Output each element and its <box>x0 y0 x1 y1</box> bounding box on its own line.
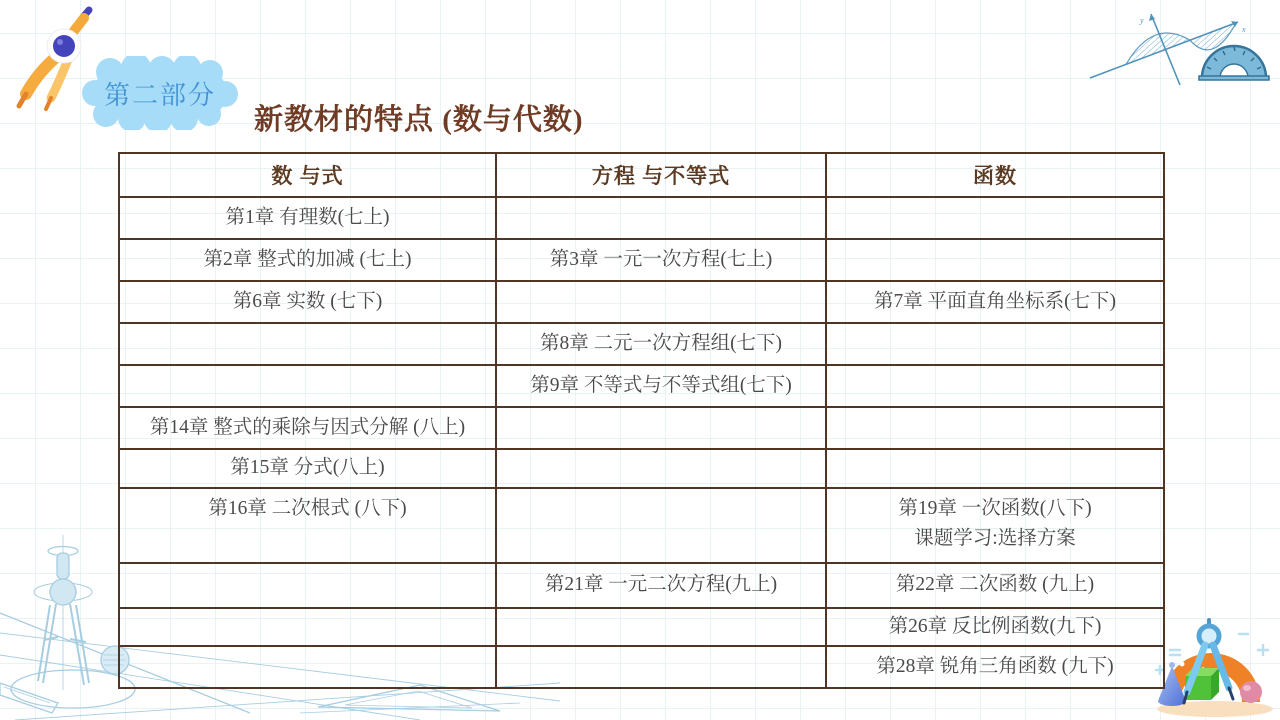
table-row: 第1章 有理数(七上) <box>119 197 1164 239</box>
section-badge-label: 第二部分 <box>82 56 238 130</box>
table-cell <box>826 197 1164 239</box>
table-cell <box>119 563 496 608</box>
geometry-tools-icon <box>1155 610 1280 720</box>
table-cell: 第3章 一元一次方程(七上) <box>496 239 826 281</box>
column-header-numbers-expressions: 数 与式 <box>119 153 496 197</box>
table-row: 第9章 不等式与不等式组(七下) <box>119 365 1164 407</box>
table-cell: 第28章 锐角三角函数 (九下) <box>826 646 1164 688</box>
table-cell: 第9章 不等式与不等式组(七下) <box>496 365 826 407</box>
table-cell <box>496 449 826 488</box>
svg-text:x: x <box>1241 25 1246 34</box>
table-body: 第1章 有理数(七上)第2章 整式的加减 (七上)第3章 一元一次方程(七上)第… <box>119 197 1164 688</box>
table-cell <box>119 323 496 365</box>
table-row: 第26章 反比例函数(九下) <box>119 608 1164 646</box>
table-cell <box>496 488 826 563</box>
table-cell <box>496 281 826 323</box>
table-cell <box>826 449 1164 488</box>
table-cell <box>826 365 1164 407</box>
table-cell <box>826 323 1164 365</box>
table-cell: 第21章 一元二次方程(九上) <box>496 563 826 608</box>
table-cell: 第19章 一次函数(八下) 课题学习:选择方案 <box>826 488 1164 563</box>
table-cell: 第2章 整式的加减 (七上) <box>119 239 496 281</box>
table-cell: 第6章 实数 (七下) <box>119 281 496 323</box>
table-cell <box>119 646 496 688</box>
table-cell: 第14章 整式的乘除与因式分解 (八上) <box>119 407 496 449</box>
table-cell: 第8章 二元一次方程组(七下) <box>496 323 826 365</box>
table-row: 第16章 二次根式 (八下)第19章 一次函数(八下) 课题学习:选择方案 <box>119 488 1164 563</box>
table-cell <box>496 407 826 449</box>
table-row: 第15章 分式(八上) <box>119 449 1164 488</box>
table-row: 第14章 整式的乘除与因式分解 (八上) <box>119 407 1164 449</box>
table-cell <box>496 646 826 688</box>
table-cell <box>826 407 1164 449</box>
table-row: 第28章 锐角三角函数 (九下) <box>119 646 1164 688</box>
table-row: 第6章 实数 (七下)第7章 平面直角坐标系(七下) <box>119 281 1164 323</box>
table-row: 第8章 二元一次方程组(七下) <box>119 323 1164 365</box>
table-cell: 第16章 二次根式 (八下) <box>119 488 496 563</box>
table-cell: 第1章 有理数(七上) <box>119 197 496 239</box>
table-row: 第2章 整式的加减 (七上)第3章 一元一次方程(七上) <box>119 239 1164 281</box>
table-header-row: 数 与式 方程 与不等式 函数 <box>119 153 1164 197</box>
page-title: 新教材的特点 (数与代数) <box>254 97 584 138</box>
column-header-equations-inequalities: 方程 与不等式 <box>496 153 826 197</box>
table-cell <box>496 197 826 239</box>
section-badge: 第二部分 <box>82 56 238 130</box>
table-cell <box>496 608 826 646</box>
table-cell: 第7章 平面直角坐标系(七下) <box>826 281 1164 323</box>
slide: { "slide": { "badge_label": "第二部分", "tit… <box>0 0 1280 720</box>
sine-graph-protractor-icon: x y <box>1078 2 1278 115</box>
table-cell: 第26章 反比例函数(九下) <box>826 608 1164 646</box>
svg-text:y: y <box>1139 16 1144 25</box>
table-cell <box>119 365 496 407</box>
table-cell: 第15章 分式(八上) <box>119 449 496 488</box>
column-header-functions: 函数 <box>826 153 1164 197</box>
table-cell <box>119 608 496 646</box>
curriculum-table: 数 与式 方程 与不等式 函数 第1章 有理数(七上)第2章 整式的加减 (七上… <box>118 152 1165 689</box>
table-cell: 第22章 二次函数 (九上) <box>826 563 1164 608</box>
table-cell <box>826 239 1164 281</box>
table-row: 第21章 一元二次方程(九上)第22章 二次函数 (九上) <box>119 563 1164 608</box>
